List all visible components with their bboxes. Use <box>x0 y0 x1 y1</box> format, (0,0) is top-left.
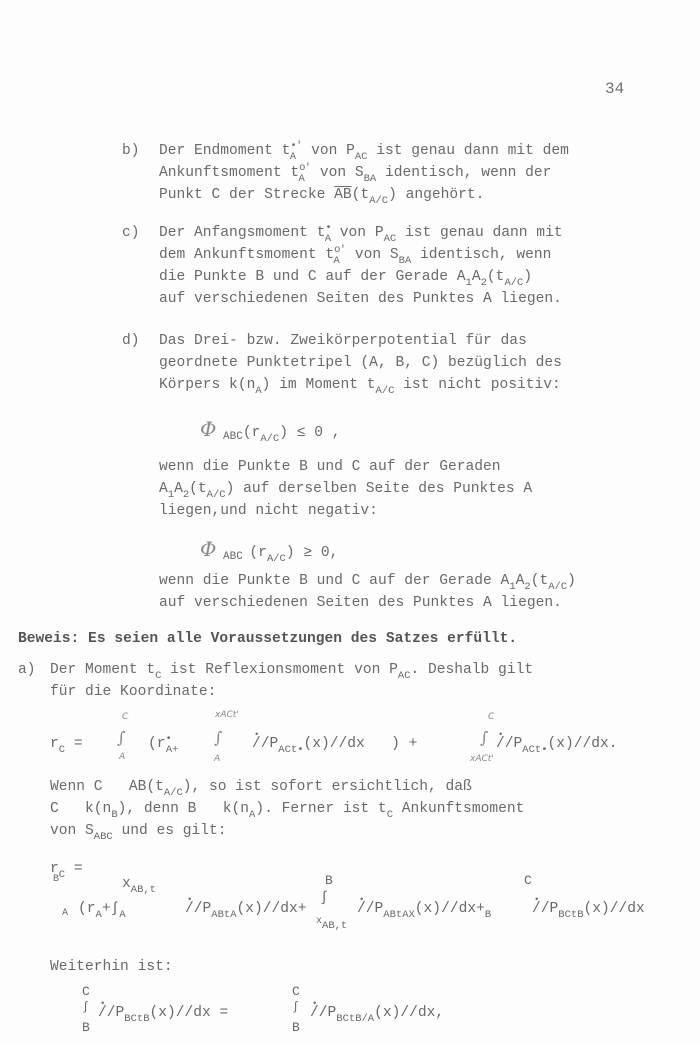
item-c-line-1: Der Anfangsmoment t•A von PAC ist genau … <box>159 224 563 242</box>
item-d-line-6: liegen,und nicht negativ: <box>159 502 378 520</box>
proof-line-denn: C k(nB), denn B k(nA). Ferner ist tC Ank… <box>50 800 524 818</box>
proof-a-line-2: für die Koordinate: <box>50 683 216 701</box>
proof-line-wenn: Wenn C AB(tA/C), so ist sofort ersichtli… <box>50 778 472 796</box>
formula-potential-nonpositive: Φ ABC(rA/C) ≤ 0 , <box>200 420 341 442</box>
item-d-line-5: A1A2(tA/C) auf derselben Seite des Punkt… <box>159 480 532 498</box>
proof-heading: Beweis: Es seien alle Voraussetzungen de… <box>18 630 517 648</box>
formula-potential-nonnegative: Φ ABC (rA/C) ≥ 0, <box>200 540 338 562</box>
item-b-line-2: Ankunftsmoment toA' von SBA identisch, w… <box>159 164 551 182</box>
item-d-line-8: auf verschiedenen Seiten des Punktes A l… <box>159 594 562 612</box>
item-d-line-3: Körpers k(nA) im Moment tA/C ist nicht p… <box>159 376 561 394</box>
item-c-line-2: dem Ankunftsmoment toA' von SBA identisc… <box>159 246 551 264</box>
item-d-label: d) <box>122 332 140 350</box>
proof-a-label: a) <box>18 661 36 679</box>
item-d-line-2: geordnete Punktetripel (A, B, C) bezügli… <box>159 354 562 372</box>
item-d-line-4: wenn die Punkte B und C auf der Geraden <box>159 458 501 476</box>
item-b-label: b) <box>122 142 140 160</box>
item-d-line-1: Das Drei- bzw. Zweikörperpotential für d… <box>159 332 527 350</box>
item-c-line-4: auf verschiedenen Seiten des Punktes A l… <box>159 290 562 308</box>
item-b-line-1: Der Endmoment t•A' von PAC ist genau dan… <box>159 142 569 160</box>
page-number: 34 <box>605 80 624 98</box>
proof-line-weiterhin: Weiterhin ist: <box>50 958 173 976</box>
item-b-line-3: Punkt C der Strecke AB(tA/C) angehört. <box>159 186 484 204</box>
proof-a-line-1: Der Moment tC ist Reflexionsmoment von P… <box>50 661 533 679</box>
proof-line-von-s: von SABC und es gilt: <box>50 822 227 840</box>
item-c-line-3: die Punkte B und C auf der Gerade A1A2(t… <box>159 268 532 286</box>
item-c-label: c) <box>122 224 140 242</box>
item-d-line-7: wenn die Punkte B und C auf der Gerade A… <box>159 572 576 590</box>
